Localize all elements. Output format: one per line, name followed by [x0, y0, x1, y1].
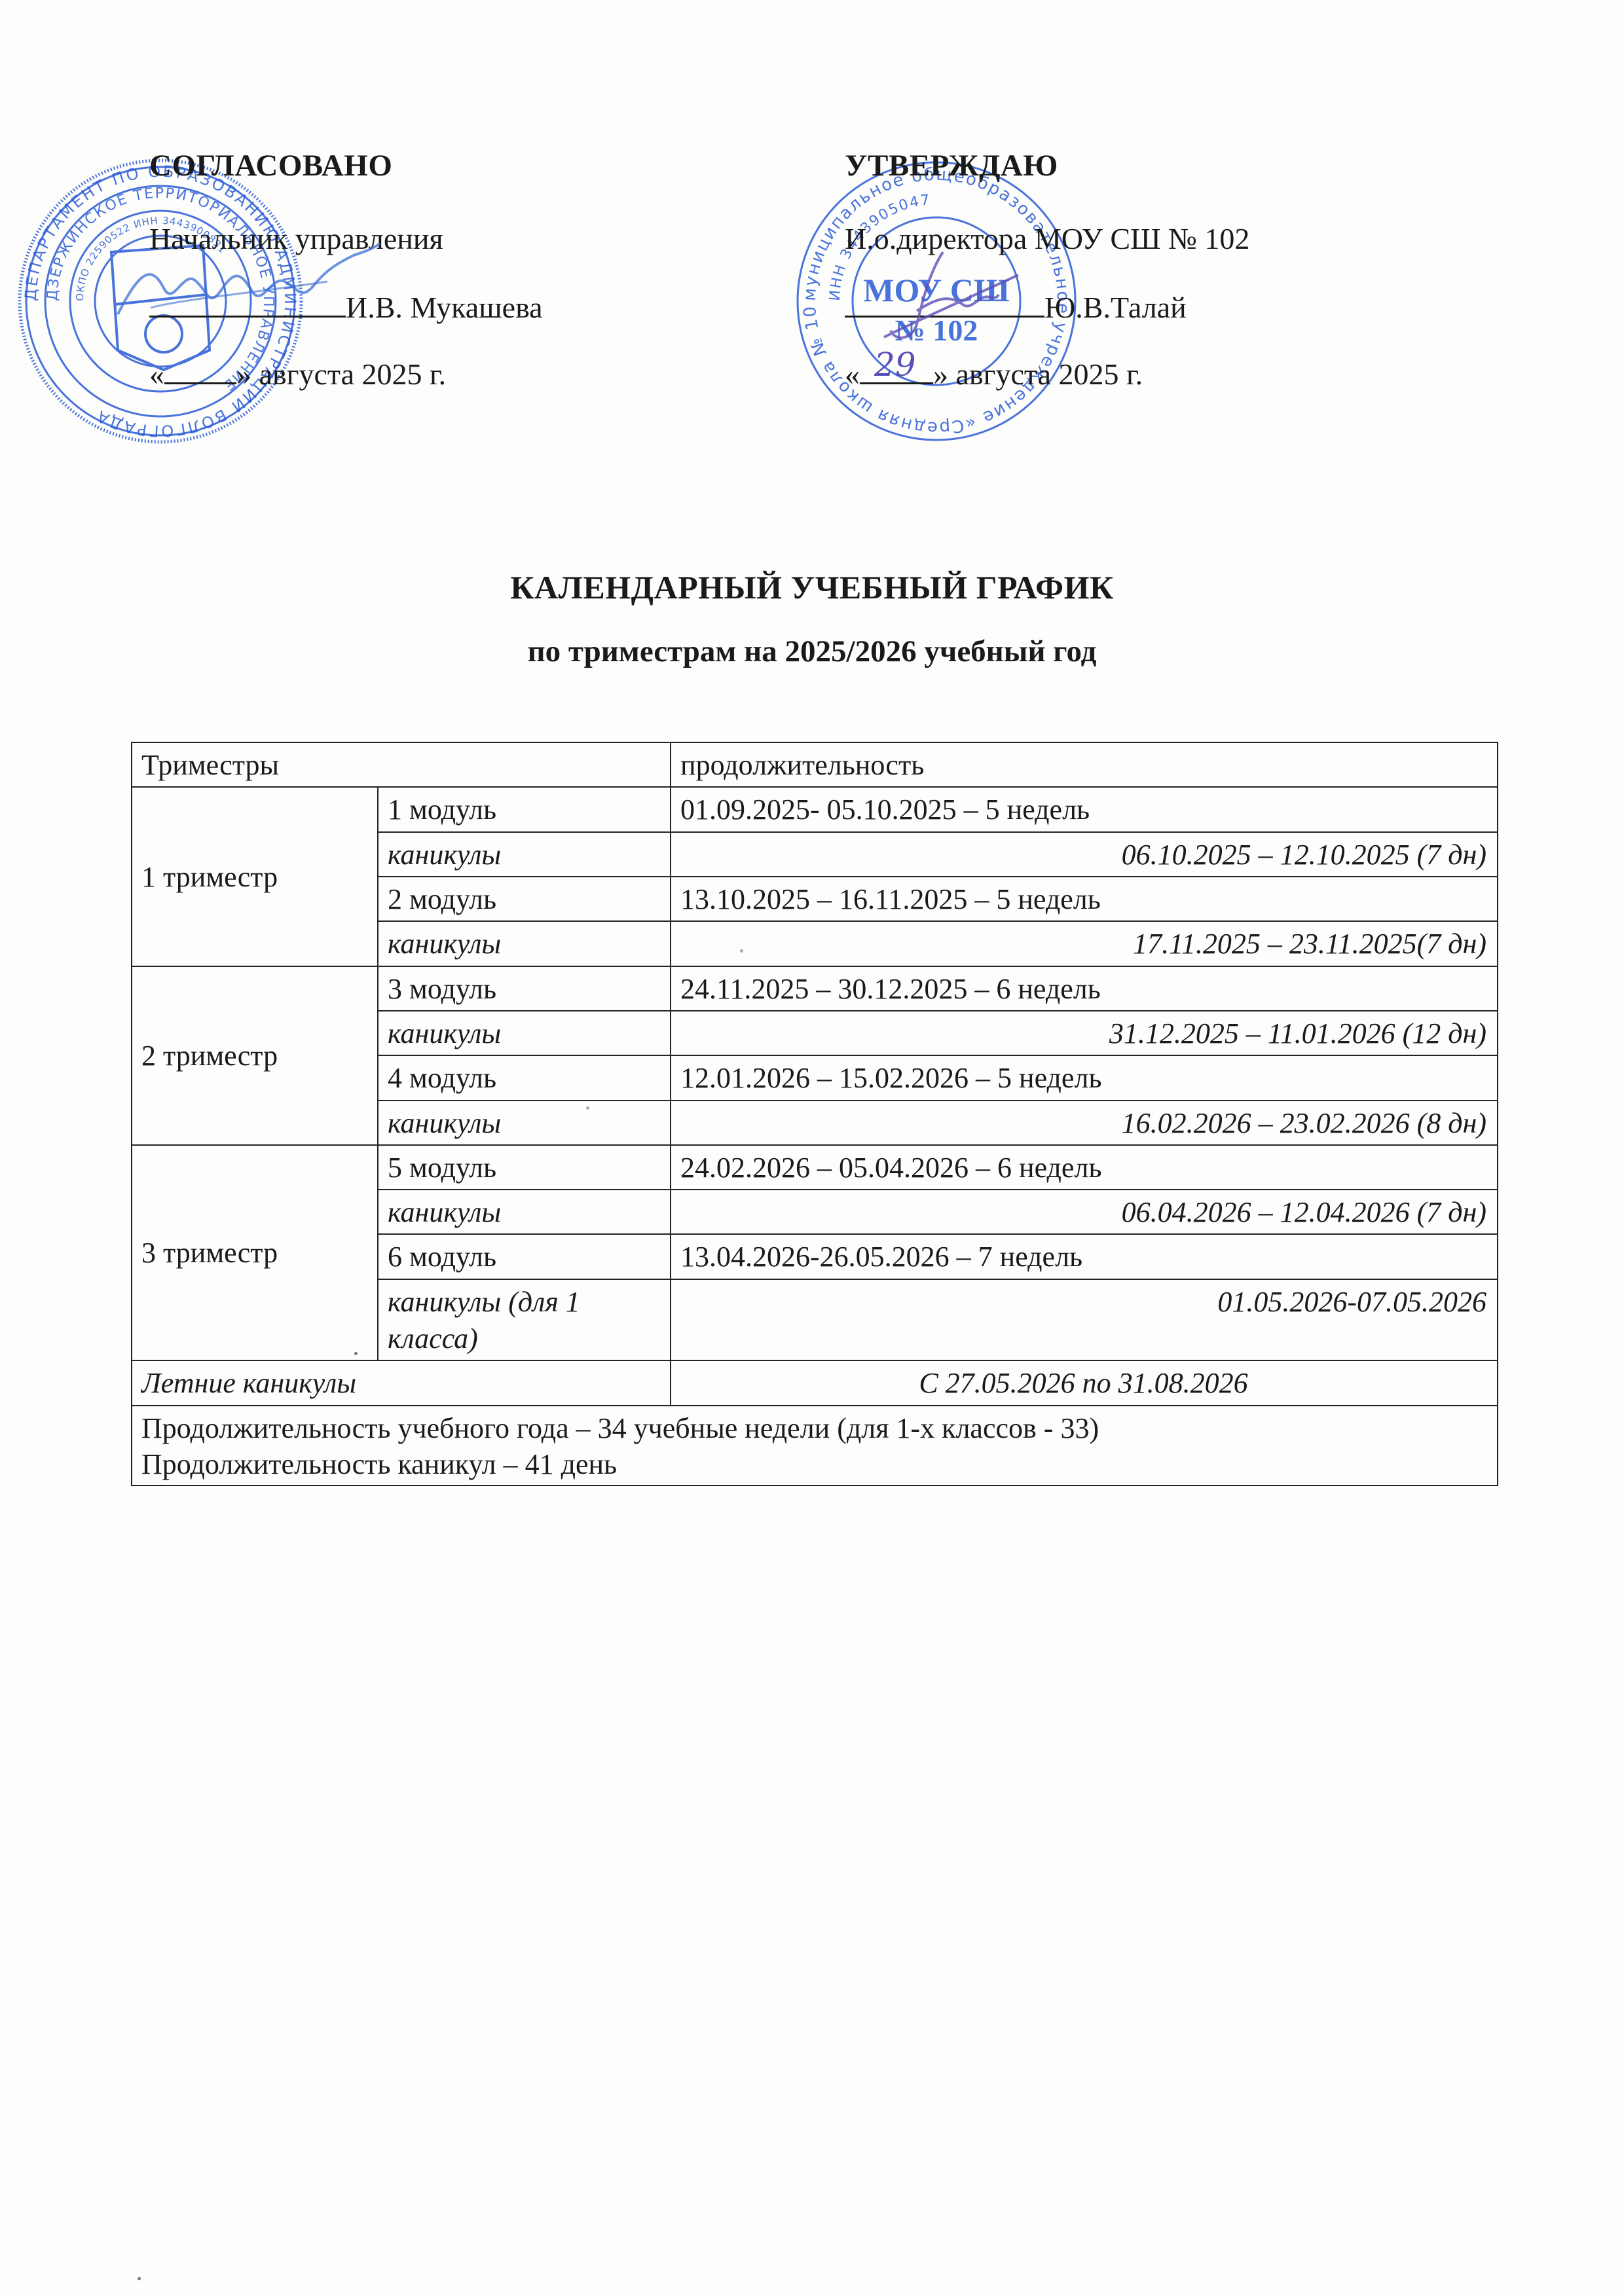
module-period: 24.11.2025 – 30.12.2025 – 6 недель	[671, 966, 1498, 1011]
approval-right-date-rest: августа 2025 г.	[956, 357, 1143, 391]
scan-speck	[354, 1352, 358, 1355]
holiday-period: 31.12.2025 – 11.01.2026 (12 дн)	[671, 1011, 1498, 1055]
approval-left-date: «» августа 2025 г.	[149, 354, 446, 390]
holiday-period: 06.04.2026 – 12.04.2026 (7 дн)	[671, 1190, 1498, 1234]
holiday-label: каникулы (для 1 класса)	[378, 1279, 671, 1361]
scan-speck	[138, 2277, 141, 2280]
table-row: 3 триместр5 модуль24.02.2026 – 05.04.202…	[132, 1145, 1498, 1190]
module-period: 01.09.2025- 05.10.2025 – 5 недель	[671, 787, 1498, 831]
approval-right-block: УТВЕРЖДАЮ И.о.директора МОУ СШ № 102 Ю.В…	[845, 151, 1434, 399]
approval-right-position: И.о.директора МОУ СШ № 102	[845, 224, 1249, 254]
approval-left-signatory: И.В. Мукашева	[346, 291, 543, 324]
holiday-period: 01.05.2026-07.05.2026	[671, 1279, 1498, 1361]
module-label: 1 модуль	[378, 787, 671, 831]
header-trimesters: Триместры	[132, 742, 671, 787]
summer-holiday-period: С 27.05.2026 по 31.08.2026	[671, 1360, 1498, 1405]
holiday-label: каникулы	[378, 921, 671, 966]
module-period: 24.02.2026 – 05.04.2026 – 6 недель	[671, 1145, 1498, 1190]
module-label: 3 модуль	[378, 966, 671, 1011]
holiday-label: каникулы	[378, 1011, 671, 1055]
table-header-row: Триместры продолжительность	[132, 742, 1498, 787]
holiday-period: 16.02.2026 – 23.02.2026 (8 дн)	[671, 1101, 1498, 1145]
module-label: 5 модуль	[378, 1145, 671, 1190]
approval-left-signature-line: И.В. Мукашева	[149, 288, 543, 323]
trimester-label: 2 триместр	[132, 966, 378, 1145]
approval-left-block: СОГЛАСОВАНО Начальник управления И.В. Му…	[149, 151, 673, 399]
approval-left-position: Начальник управления	[149, 224, 443, 254]
table-row: 2 триместр3 модуль24.11.2025 – 30.12.202…	[132, 966, 1498, 1011]
schedule-table: Триместры продолжительность 1 триместр1 …	[131, 742, 1498, 1486]
module-period: 12.01.2026 – 15.02.2026 – 5 недель	[671, 1055, 1498, 1100]
summary-study-duration: Продолжительность учебного года – 34 уче…	[141, 1410, 1486, 1446]
approval-right-heading: УТВЕРЖДАЮ	[845, 151, 1058, 181]
holiday-label: каникулы	[378, 1101, 671, 1145]
module-label: 6 модуль	[378, 1234, 671, 1279]
page-title: КАЛЕНДАРНЫЙ УЧЕБНЫЙ ГРАФИК	[0, 568, 1624, 606]
approval-right-signature-line: Ю.В.Талай	[845, 288, 1187, 323]
date-day-field: 29	[860, 354, 933, 384]
summary-holiday-duration: Продолжительность каникул – 41 день	[141, 1446, 1486, 1482]
page-subtitle: по триместрам на 2025/2026 учебный год	[0, 634, 1624, 669]
module-label: 4 модуль	[378, 1055, 671, 1100]
approval-left-date-rest: августа 2025 г.	[259, 357, 447, 391]
module-label: 2 модуль	[378, 877, 671, 921]
header-duration: продолжительность	[671, 742, 1498, 787]
holiday-label: каникулы	[378, 1190, 671, 1234]
approval-right-signatory: Ю.В.Талай	[1044, 291, 1187, 324]
approval-left-heading: СОГЛАСОВАНО	[149, 151, 392, 181]
summary-cell: Продолжительность учебного года – 34 уче…	[132, 1406, 1498, 1485]
module-period: 13.04.2026-26.05.2026 – 7 недель	[671, 1234, 1498, 1279]
summer-holiday-row: Летние каникулыС 27.05.2026 по 31.08.202…	[132, 1360, 1498, 1405]
scan-speck	[586, 1106, 589, 1110]
date-day-field	[164, 354, 236, 384]
holiday-period: 06.10.2025 – 12.10.2025 (7 дн)	[671, 832, 1498, 877]
summary-row: Продолжительность учебного года – 34 уче…	[132, 1406, 1498, 1485]
signature-underline	[149, 288, 346, 318]
scan-speck	[740, 949, 743, 953]
table-row: 1 триместр1 модуль01.09.2025- 05.10.2025…	[132, 787, 1498, 831]
signature-underline	[845, 288, 1044, 318]
trimester-label: 3 триместр	[132, 1145, 378, 1361]
holiday-label: каникулы	[378, 832, 671, 877]
trimester-label: 1 триместр	[132, 787, 378, 966]
holiday-period: 17.11.2025 – 23.11.2025(7 дн)	[671, 921, 1498, 966]
module-period: 13.10.2025 – 16.11.2025 – 5 недель	[671, 877, 1498, 921]
summer-holiday-label: Летние каникулы	[132, 1360, 671, 1405]
approval-right-date: «29» августа 2025 г.	[845, 354, 1143, 390]
